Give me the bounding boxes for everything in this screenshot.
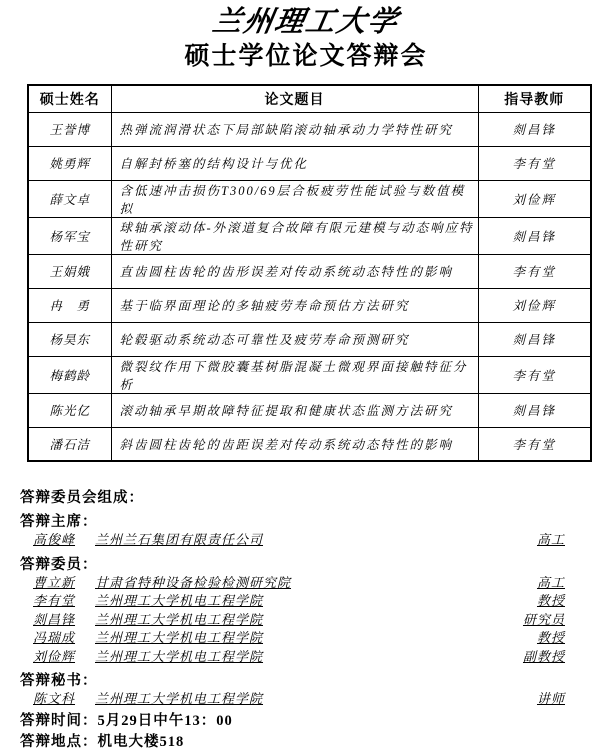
student-name: 梅鹤龄 <box>28 356 111 393</box>
page-title: 硕士学位论文答辩会 <box>0 42 612 72</box>
member-affiliation: 兰州理工大学机电工程学院 <box>95 648 263 667</box>
member-title: 高工 <box>537 574 565 593</box>
member-title: 教授 <box>537 629 565 648</box>
defense-place-value: 机电大楼518 <box>98 734 185 748</box>
defense-time-line: 答辩时间：5月29日中午13：00 <box>20 711 612 732</box>
committee-secretary-row: 陈文科兰州理工大学机电工程学院讲师 <box>20 690 592 709</box>
member-title: 讲师 <box>537 690 565 709</box>
member-title: 教授 <box>537 592 565 611</box>
table-row: 杨昊东 轮毂驱动系统动态可靠性及疲劳寿命预测研究 剡昌锋 <box>28 322 591 356</box>
table-row: 杨军宝 球轴承滚动体-外滚道复合故障有限元建模与动态响应特性研究 剡昌锋 <box>28 217 591 254</box>
student-name: 杨昊东 <box>28 322 111 356</box>
committee-heading: 答辩委员会组成： <box>20 486 592 507</box>
advisor-name: 李有堂 <box>478 254 591 288</box>
committee-member-row: 曹立新甘肃省特种设备检验检测研究院高工 <box>20 574 592 593</box>
member-affiliation: 兰州理工大学机电工程学院 <box>95 592 263 611</box>
thesis-title: 轮毂驱动系统动态可靠性及疲劳寿命预测研究 <box>111 322 478 356</box>
document-header: 兰州理工大学 硕士学位论文答辩会 <box>0 0 612 72</box>
thesis-title: 直齿圆柱齿轮的齿形误差对传动系统动态特性的影响 <box>111 254 478 288</box>
member-name: 李有堂 <box>33 592 79 611</box>
column-header-student-name: 硕士姓名 <box>28 85 111 112</box>
advisor-name: 剡昌锋 <box>478 217 591 254</box>
table-row: 陈光亿 滚动轴承早期故障特征提取和健康状态监测方法研究 剡昌锋 <box>28 393 591 427</box>
thesis-title: 球轴承滚动体-外滚道复合故障有限元建模与动态响应特性研究 <box>111 217 478 254</box>
table-header-row: 硕士姓名 论文题目 指导教师 <box>28 85 591 112</box>
defense-place-label: 答辩地点： <box>20 734 98 748</box>
defense-place-line: 答辩地点：机电大楼518 <box>20 732 612 748</box>
table-row: 冉 勇 基于临界面理论的多轴疲劳寿命预估方法研究 刘俭辉 <box>28 288 591 322</box>
advisor-name: 剡昌锋 <box>478 393 591 427</box>
member-title: 研究员 <box>523 611 565 630</box>
member-affiliation: 兰州兰石集团有限责任公司 <box>95 531 263 550</box>
thesis-title: 滚动轴承早期故障特征提取和健康状态监测方法研究 <box>111 393 478 427</box>
column-header-thesis-title: 论文题目 <box>111 85 478 112</box>
university-logo-calligraphy: 兰州理工大学 <box>210 4 402 38</box>
member-affiliation: 兰州理工大学机电工程学院 <box>95 611 263 630</box>
advisor-name: 李有堂 <box>478 146 591 180</box>
table-row: 潘石洁 斜齿圆柱齿轮的齿距误差对传动系统动态特性的影响 李有堂 <box>28 427 591 461</box>
committee-section: 答辩委员会组成： 答辩主席： 高俊峰兰州兰石集团有限责任公司高工 答辩委员： 曹… <box>20 486 592 709</box>
thesis-title: 自解封桥塞的结构设计与优化 <box>111 146 478 180</box>
committee-member-row: 李有堂兰州理工大学机电工程学院教授 <box>20 592 592 611</box>
secretary-label: 答辩秘书： <box>20 672 592 690</box>
advisor-name: 剡昌锋 <box>478 112 591 146</box>
committee-chair-row: 高俊峰兰州兰石集团有限责任公司高工 <box>20 531 592 550</box>
advisor-name: 李有堂 <box>478 356 591 393</box>
thesis-title: 斜齿圆柱齿轮的齿距误差对传动系统动态特性的影响 <box>111 427 478 461</box>
defense-table: 硕士姓名 论文题目 指导教师 王誉博 热弹流润滑状态下局部缺陷滚动轴承动力学特性… <box>27 84 592 462</box>
defense-time-label: 答辩时间： <box>20 713 98 729</box>
thesis-title: 热弹流润滑状态下局部缺陷滚动轴承动力学特性研究 <box>111 112 478 146</box>
thesis-title: 基于临界面理论的多轴疲劳寿命预估方法研究 <box>111 288 478 322</box>
member-name: 陈文科 <box>33 690 79 709</box>
committee-member-row: 冯瑞成兰州理工大学机电工程学院教授 <box>20 629 592 648</box>
advisor-name: 李有堂 <box>478 427 591 461</box>
student-name: 冉 勇 <box>28 288 111 322</box>
column-header-advisor: 指导教师 <box>478 85 591 112</box>
member-affiliation: 兰州理工大学机电工程学院 <box>95 629 263 648</box>
student-name: 王娟娥 <box>28 254 111 288</box>
chair-label: 答辩主席： <box>20 513 592 531</box>
student-name: 姚勇辉 <box>28 146 111 180</box>
table-row: 王娟娥 直齿圆柱齿轮的齿形误差对传动系统动态特性的影响 李有堂 <box>28 254 591 288</box>
student-name: 薛文卓 <box>28 180 111 217</box>
table-row: 王誉博 热弹流润滑状态下局部缺陷滚动轴承动力学特性研究 剡昌锋 <box>28 112 591 146</box>
member-name: 曹立新 <box>33 574 79 593</box>
table-row: 薛文卓 含低速冲击损伤T300/69层合板疲劳性能试验与数值模拟 刘俭辉 <box>28 180 591 217</box>
student-name: 杨军宝 <box>28 217 111 254</box>
advisor-name: 剡昌锋 <box>478 322 591 356</box>
member-name: 刘俭辉 <box>33 648 79 667</box>
table-row: 梅鹤龄 微裂纹作用下微胶囊基树脂混凝土微观界面接触特征分析 李有堂 <box>28 356 591 393</box>
document-page: 兰州理工大学 硕士学位论文答辩会 硕士姓名 论文题目 指导教师 王誉博 热弹流润… <box>0 0 612 748</box>
defense-time-value: 5月29日中午13：00 <box>98 713 233 729</box>
member-title: 副教授 <box>523 648 565 667</box>
members-label: 答辩委员： <box>20 556 592 574</box>
member-name: 剡昌锋 <box>33 611 79 630</box>
student-name: 陈光亿 <box>28 393 111 427</box>
table-row: 姚勇辉 自解封桥塞的结构设计与优化 李有堂 <box>28 146 591 180</box>
thesis-title: 含低速冲击损伤T300/69层合板疲劳性能试验与数值模拟 <box>111 180 478 217</box>
committee-member-row: 刘俭辉兰州理工大学机电工程学院副教授 <box>20 648 592 667</box>
member-affiliation: 甘肃省特种设备检验检测研究院 <box>95 574 291 593</box>
advisor-name: 刘俭辉 <box>478 180 591 217</box>
member-title: 高工 <box>537 531 565 550</box>
member-name: 冯瑞成 <box>33 629 79 648</box>
advisor-name: 刘俭辉 <box>478 288 591 322</box>
member-name: 高俊峰 <box>33 531 79 550</box>
committee-member-row: 剡昌锋兰州理工大学机电工程学院研究员 <box>20 611 592 630</box>
thesis-title: 微裂纹作用下微胶囊基树脂混凝土微观界面接触特征分析 <box>111 356 478 393</box>
student-name: 潘石洁 <box>28 427 111 461</box>
student-name: 王誉博 <box>28 112 111 146</box>
member-affiliation: 兰州理工大学机电工程学院 <box>95 690 263 709</box>
